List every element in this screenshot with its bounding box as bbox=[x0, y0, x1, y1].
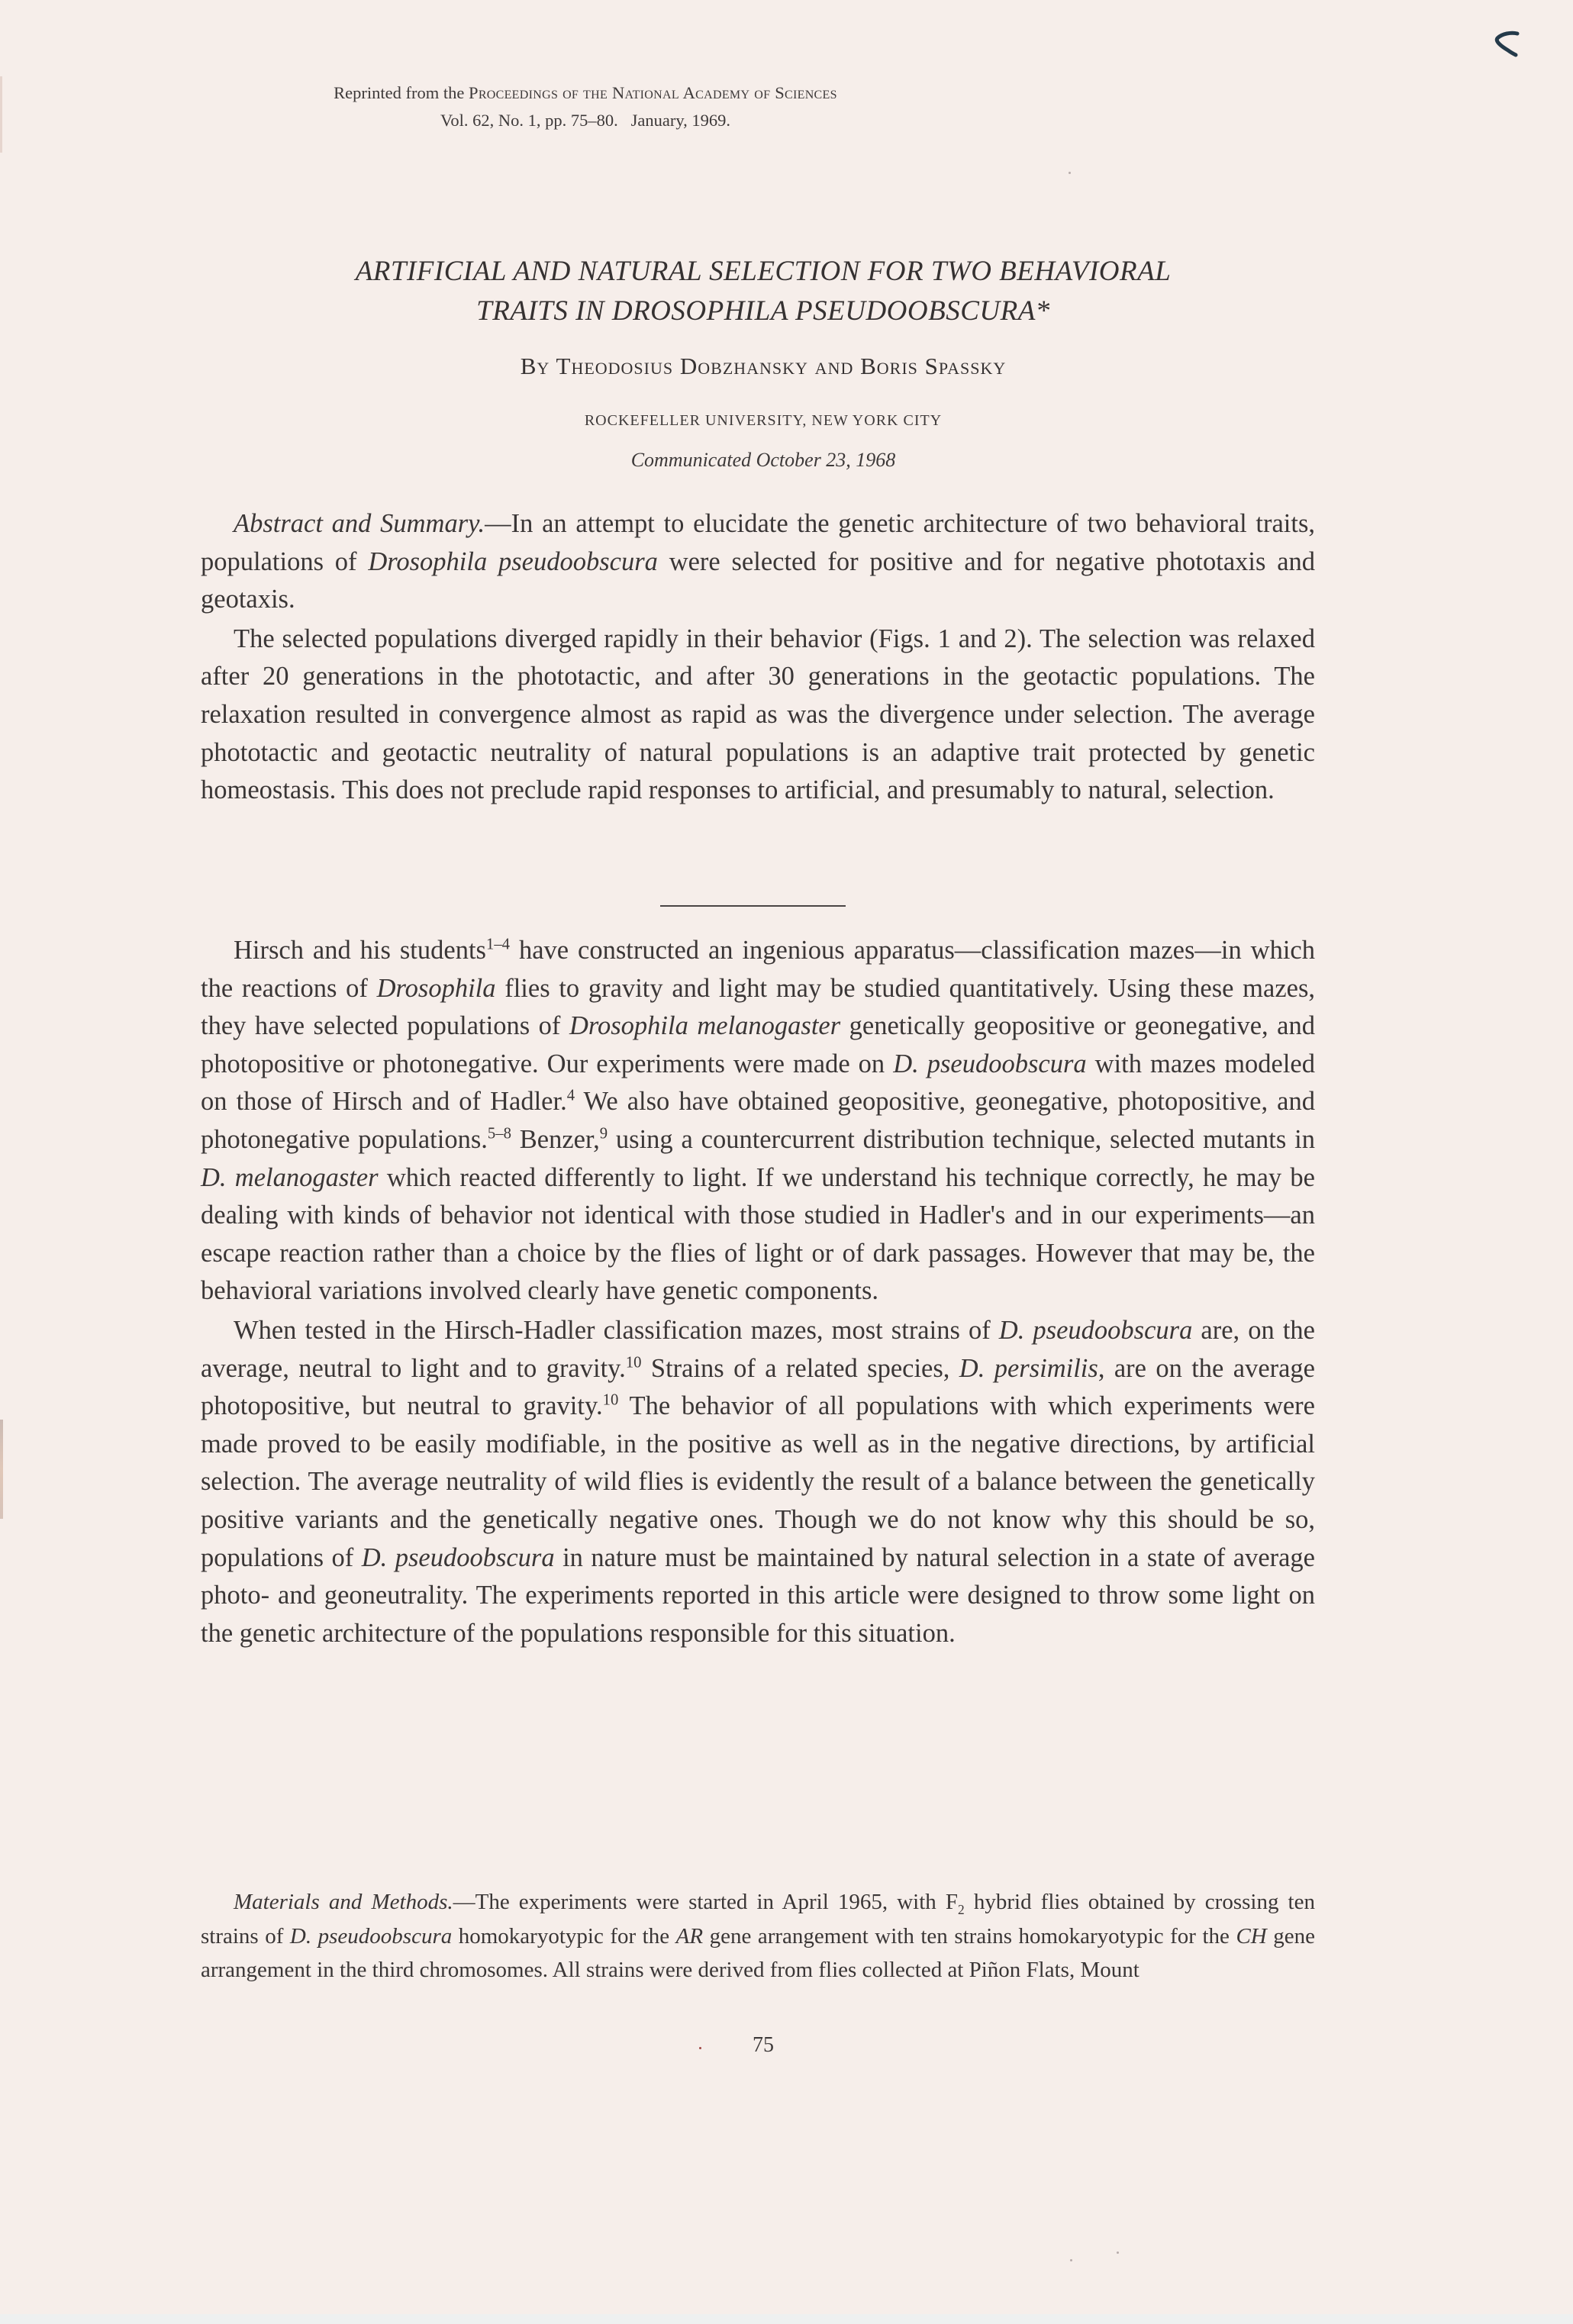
scan-left-edge-mark bbox=[0, 76, 2, 153]
species-name: Drosophila melanogaster bbox=[569, 1011, 840, 1040]
page-number: 75 bbox=[725, 2033, 801, 2058]
paper-speck bbox=[1069, 172, 1071, 174]
species-name: D. melanogaster bbox=[201, 1163, 379, 1192]
abstract-heading: Abstract and Summary. bbox=[234, 509, 485, 538]
authors: By Theodosius Dobzhansky and Boris Spass… bbox=[191, 353, 1336, 380]
body-paragraph: When tested in the Hirsch-Hadler classif… bbox=[201, 1312, 1315, 1652]
reference-marker: 1–4 bbox=[486, 936, 510, 953]
methods-heading: Materials and Methods. bbox=[234, 1890, 453, 1914]
citation: Vol. 62, No. 1, pp. 75–80. January, 1969… bbox=[200, 107, 971, 134]
reference-marker: 10 bbox=[603, 1392, 619, 1409]
scan-bottom-edge bbox=[0, 2314, 1573, 2324]
gene-arrangement: CH bbox=[1236, 1924, 1266, 1948]
scan-left-edge-mark bbox=[0, 1420, 3, 1519]
species-name: D. persimilis bbox=[959, 1354, 1098, 1383]
species-name: D. pseudoobscura bbox=[362, 1543, 555, 1572]
abstract-section: Abstract and Summary.—In an attempt to e… bbox=[201, 505, 1315, 810]
abstract-paragraph: Abstract and Summary.—In an attempt to e… bbox=[201, 505, 1315, 619]
species-name: Drosophila bbox=[377, 974, 496, 1003]
section-divider bbox=[660, 905, 846, 907]
species-name: D. pseudoobscura bbox=[893, 1049, 1086, 1078]
introduction-section: Hirsch and his students1–4 have construc… bbox=[201, 932, 1315, 1652]
species-name: D. pseudoobscura bbox=[290, 1924, 452, 1948]
abstract-paragraph: The selected populations diverged rapidl… bbox=[201, 620, 1315, 810]
body-paragraph: Hirsch and his students1–4 have construc… bbox=[201, 932, 1315, 1310]
reference-marker: 4 bbox=[567, 1088, 575, 1104]
reprint-source: Reprinted from the Proceedings of the Na… bbox=[200, 79, 971, 107]
affiliation: ROCKEFELLER UNIVERSITY, NEW YORK CITY bbox=[191, 412, 1336, 430]
methods-section: Materials and Methods.—The experiments w… bbox=[201, 1885, 1315, 1987]
handwritten-mark-icon bbox=[1488, 29, 1534, 60]
journal-name: Proceedings of the National Academy of S… bbox=[469, 83, 837, 102]
paper-title: ARTIFICIAL AND NATURAL SELECTION FOR TWO… bbox=[191, 252, 1336, 331]
reference-marker: 10 bbox=[626, 1354, 642, 1371]
communicated-date: Communicated October 23, 1968 bbox=[191, 449, 1336, 472]
methods-paragraph: Materials and Methods.—The experiments w… bbox=[201, 1885, 1315, 1987]
reference-marker: 5–8 bbox=[488, 1125, 511, 1142]
paper-speck bbox=[1117, 2251, 1119, 2254]
reference-marker: 9 bbox=[600, 1125, 608, 1142]
ink-speck bbox=[699, 2047, 701, 2049]
reprint-header: Reprinted from the Proceedings of the Na… bbox=[200, 79, 971, 134]
gene-arrangement: AR bbox=[676, 1924, 703, 1948]
species-name: D. pseudoobscura bbox=[999, 1316, 1193, 1345]
paper-speck bbox=[1070, 2259, 1072, 2261]
subscript: 2 bbox=[958, 1902, 965, 1917]
species-name: Drosophila pseudoobscura bbox=[368, 547, 658, 576]
